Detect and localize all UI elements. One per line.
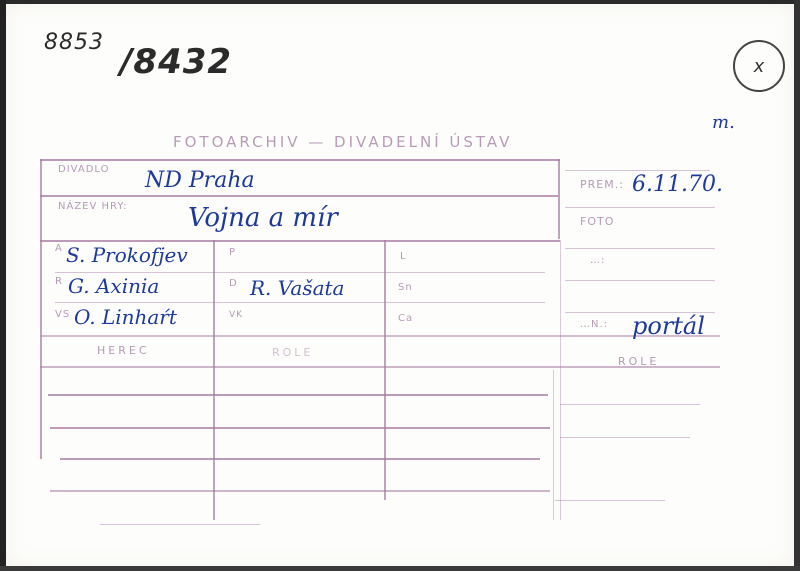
- inventory-number-left: 8853: [44, 30, 104, 55]
- label-nazev-hry: NÁZEV HRY:: [58, 201, 128, 212]
- label-premiera: PREM.:: [580, 178, 624, 191]
- rule-credits-1: [55, 272, 545, 273]
- col-divider-1: [213, 240, 215, 520]
- role-row-rule-4: [555, 500, 665, 501]
- corner-initials: m.: [712, 112, 735, 133]
- label-rezie: R: [55, 276, 63, 287]
- value-divadlo: ND Praha: [145, 168, 255, 193]
- cast-row-rule-4: [50, 490, 550, 492]
- column-header-role-right: ROLE: [618, 355, 659, 368]
- value-scena: portál: [632, 312, 705, 340]
- label-field-ii: …:: [590, 255, 605, 266]
- value-premiera: 6.11.70.: [632, 172, 723, 197]
- value-rezie: G. Axinia: [68, 274, 159, 298]
- rule-right-2: [565, 280, 715, 281]
- label-sn: Sn: [398, 282, 413, 293]
- label-divadlo: DIVADLO: [58, 164, 109, 175]
- col-divider-3: [553, 370, 554, 520]
- column-header-role-left: ROLE: [272, 346, 313, 359]
- label-scena: …N.:: [580, 319, 608, 330]
- scan-border-bottom: [0, 566, 800, 571]
- label-p: P: [229, 247, 236, 258]
- cast-row-rule-5: [100, 524, 260, 525]
- label-dirigent: D: [229, 278, 238, 289]
- label-foto: FOTO: [580, 215, 614, 228]
- form-top-rule-right: [565, 170, 710, 171]
- stamp-header: FOTOARCHIV — DIVADELNÍ ÚSTAV: [173, 133, 512, 151]
- inventory-number-right: /8432: [120, 42, 232, 82]
- form-left-edge: [40, 159, 42, 459]
- scan-border-right: [794, 0, 800, 571]
- right-column-edge: [560, 240, 561, 520]
- role-row-rule-1: [560, 404, 700, 405]
- rule-credits-bottom: [40, 335, 720, 337]
- value-dirigent: R. Vašata: [250, 276, 344, 300]
- circled-mark-text: x: [754, 56, 765, 77]
- circled-mark: x: [733, 40, 785, 92]
- rule-nazev: [40, 240, 560, 242]
- form-mid-divider: [558, 159, 560, 239]
- cast-row-rule-1: [48, 394, 548, 396]
- rule-credits-2: [55, 302, 545, 303]
- value-nazev-hry: Vojna a mír: [188, 203, 338, 233]
- label-vyprava: Vs: [55, 309, 70, 320]
- label-ca: Ca: [398, 313, 413, 324]
- column-header-herec: HEREC: [97, 344, 150, 357]
- label-autor: A: [55, 243, 63, 254]
- value-vyprava: O. Linhaŕt: [74, 305, 177, 329]
- value-autor: S. Prokofjev: [66, 243, 188, 267]
- rule-divadlo: [40, 195, 558, 197]
- role-row-rule-2: [560, 437, 690, 438]
- col-divider-2: [384, 240, 386, 500]
- rule-prem: [565, 207, 715, 208]
- label-l: L: [400, 251, 407, 262]
- form-top-rule: [40, 159, 560, 161]
- label-vk: Vk: [229, 310, 243, 320]
- rule-foto: [565, 248, 715, 249]
- cast-row-rule-3: [60, 458, 540, 460]
- cast-row-rule-2: [50, 427, 550, 429]
